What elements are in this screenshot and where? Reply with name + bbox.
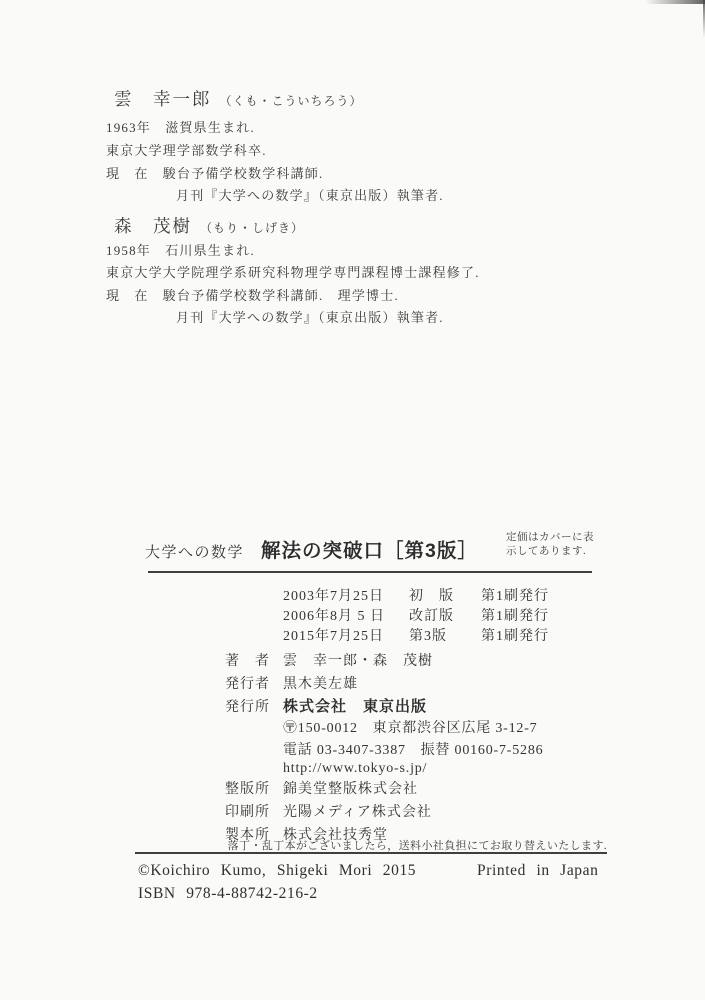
book-title: 解法の突破口［第3版］	[261, 535, 478, 563]
edition-row: 2015年7月25日第3版第1刷発行	[283, 625, 549, 645]
row-value: 雲 幸一郎・森 茂樹	[283, 654, 433, 669]
row-value: 錦美堂整版株式会社	[283, 782, 418, 797]
edition-printing: 第1刷発行	[481, 625, 549, 645]
author-name-kana: （もり・しげき）	[200, 221, 304, 235]
row-label: 印刷所	[225, 801, 283, 821]
divider-rule-bottom	[135, 852, 607, 854]
price-notice: 定価はカバーに表 示してあります.	[506, 531, 594, 559]
edition-printing: 第1刷発行	[481, 585, 549, 605]
bio-line-writer: 月刊『大学への数学』（東京出版）執筆者.	[176, 185, 444, 204]
author-name-line: 雲 幸一郎（くも・こういちろう）	[114, 86, 363, 111]
bio-line-current: 現 在 駿台予備学校数学科講師.	[106, 163, 323, 182]
edition-printing: 第1刷発行	[481, 605, 549, 625]
bio-line-writer: 月刊『大学への数学』（東京出版）執筆者.	[176, 307, 444, 326]
bio-line-education: 東京大学大学院理学系研究科物理学専門課程博士課程修了.	[106, 262, 480, 281]
price-notice-line2: 示してあります.	[506, 545, 594, 559]
author-name-line: 森 茂樹（もり・しげき）	[114, 213, 304, 238]
row-value: 光陽メディア株式会社	[283, 805, 432, 820]
bio-line-birth: 1963年 滋賀県生まれ.	[106, 117, 255, 136]
row-label: 発行所	[225, 696, 283, 716]
printer-row: 印刷所光陽メディア株式会社	[225, 801, 432, 821]
publisher-url: http://www.tokyo-s.jp/	[283, 761, 427, 777]
price-notice-line1: 定価はカバーに表	[506, 531, 594, 545]
row-value: 黒木美左雄	[283, 677, 358, 692]
edition-name: 第3版	[409, 625, 467, 645]
scan-edge-artifact	[645, 0, 705, 4]
series-name: 大学への数学	[145, 541, 244, 562]
edition-name: 改訂版	[409, 605, 467, 625]
bio-line-education: 東京大学理学部数学科卒.	[106, 140, 267, 159]
exchange-notice: 落丁・乱丁本がございましたら，送料小社負担にてお取り替えいたします.	[228, 837, 607, 853]
edition-date: 2003年7月25日	[283, 585, 395, 605]
edition-name: 初 版	[409, 585, 467, 605]
isbn-text: ISBN 978-4-88742-216-2	[138, 885, 318, 903]
printed-in-japan: Printed in Japan	[477, 862, 598, 880]
author-row: 著 者雲 幸一郎・森 茂樹	[225, 650, 433, 670]
row-value: 株式会社 東京出版	[283, 698, 427, 715]
typesetter-row: 整版所錦美堂整版株式会社	[225, 778, 418, 798]
publisher-row: 発行所株式会社 東京出版	[225, 695, 427, 716]
bio-line-current: 現 在 駿台予備学校数学科講師. 理学博士.	[106, 285, 399, 304]
phone-transfer-line: 電話 03-3407-3387 振替 00160-7-5286	[283, 739, 543, 759]
row-label: 整版所	[225, 778, 283, 798]
divider-rule-top	[148, 571, 592, 573]
row-label: 著 者	[225, 650, 283, 670]
edition-date: 2006年8月 5 日	[283, 605, 395, 625]
row-label: 発行者	[225, 673, 283, 693]
issuer-row: 発行者黒木美左雄	[225, 673, 358, 693]
author-name-kana: （くも・こういちろう）	[220, 94, 363, 108]
edition-row: 2006年8月 5 日改訂版第1刷発行	[283, 605, 549, 625]
copyright-text: ©Koichiro Kumo, Shigeki Mori 2015	[138, 862, 416, 880]
colophon-page: 雲 幸一郎（くも・こういちろう） 1963年 滋賀県生まれ. 東京大学理学部数学…	[0, 0, 705, 1000]
author-name: 雲 幸一郎	[114, 89, 212, 109]
edition-row: 2003年7月25日初 版第1刷発行	[283, 585, 549, 605]
edition-date: 2015年7月25日	[283, 625, 395, 645]
postal-address: 〶150-0012 東京都渋谷区広尾 3-12-7	[283, 717, 538, 737]
author-name: 森 茂樹	[114, 216, 192, 236]
bio-line-birth: 1958年 石川県生まれ.	[106, 240, 255, 259]
